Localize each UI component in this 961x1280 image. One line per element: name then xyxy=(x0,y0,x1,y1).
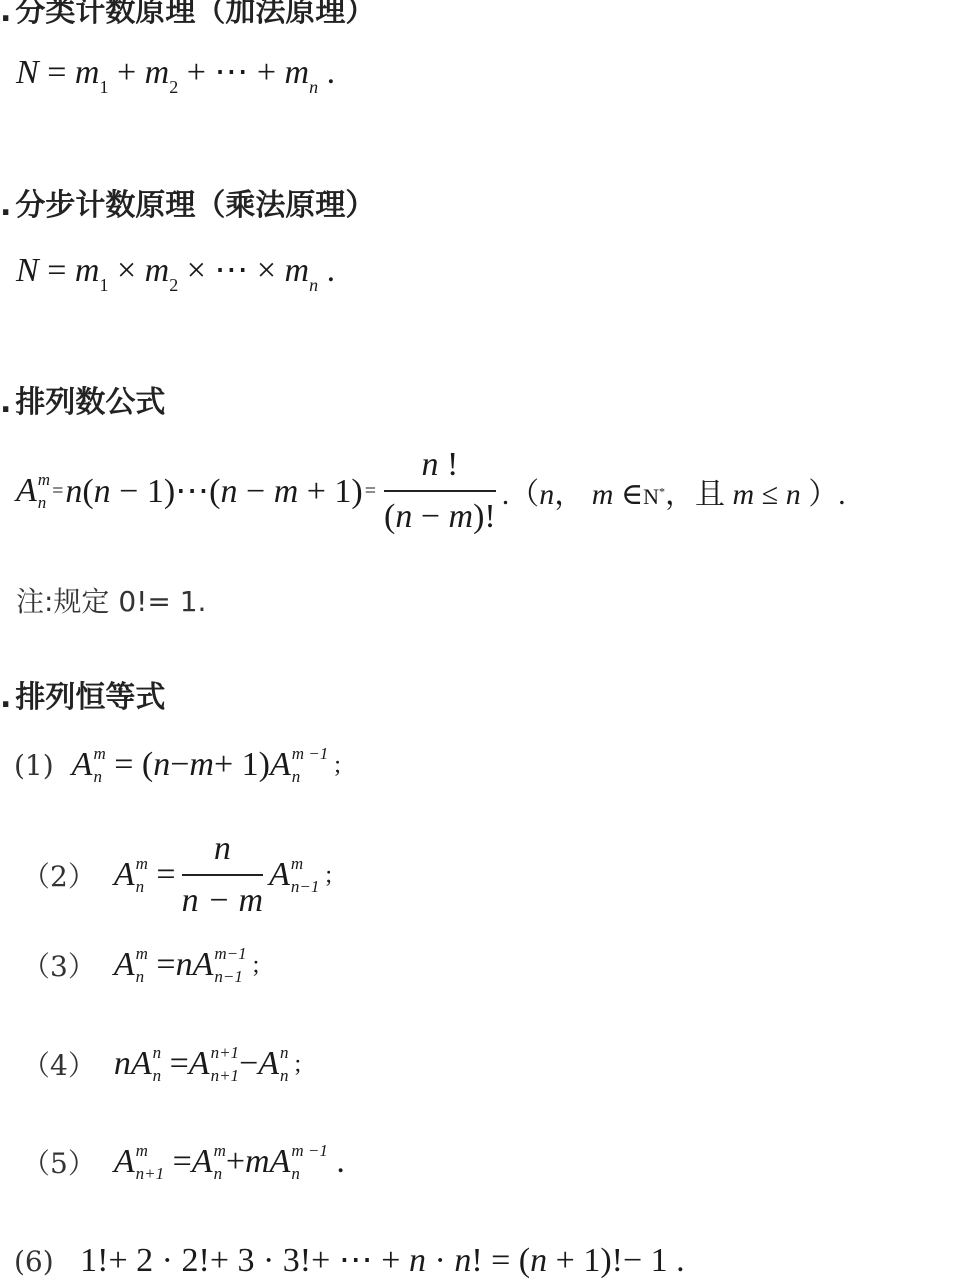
note-zero-factorial: 注:规定 0!= 1. xyxy=(16,580,206,620)
identity-4: （4） nAnn = An+1n+1 − Ann ; xyxy=(22,1044,301,1084)
fraction: n ! (n − m)! xyxy=(384,446,496,536)
numerator: n ! xyxy=(384,446,496,492)
heading-title: 分类计数原理（加法原理） xyxy=(15,0,375,29)
heading-title: 分步计数原理（乘法原理） xyxy=(15,188,375,223)
formula-addition: N = m1 + m2 + ⋯ + mn . xyxy=(16,52,335,98)
denominator: (n − m)! xyxy=(384,492,496,536)
heading-multiplication-principle: .分步计数原理（乘法原理） xyxy=(0,180,375,224)
identity-label: （3） xyxy=(22,945,96,985)
identity-label: (1) xyxy=(14,749,54,782)
formula-permutation: Amn = n(n − 1)⋯(n − m + 1) = n ! (n − m)… xyxy=(16,446,846,536)
identity-3: （3） Amn = nAm−1n−1 ; xyxy=(22,945,259,985)
heading-number: . xyxy=(0,680,11,715)
identity-label: （4） xyxy=(22,1044,96,1084)
heading-title: 排列数公式 xyxy=(15,385,165,420)
identity-1: (1) Amn = (n − m + 1)Am −1n ; xyxy=(14,745,341,785)
heading-title: 排列恒等式 xyxy=(15,680,165,715)
heading-addition-principle: .分类计数原理（加法原理） xyxy=(0,0,375,30)
heading-number: . xyxy=(0,385,11,420)
identity-label: (6) xyxy=(14,1245,54,1278)
heading-number: . xyxy=(0,188,11,223)
identity-label: （2） xyxy=(22,855,96,895)
heading-number: . xyxy=(0,0,11,29)
formula-multiplication: N = m1 × m2 × ⋯ × mn . xyxy=(16,250,335,296)
heading-permutation-identities: .排列恒等式 xyxy=(0,672,165,716)
numerator: n xyxy=(182,830,264,876)
fraction: n n − m xyxy=(182,830,264,920)
identity-5: （5） Amn+1 = Amn + mAm −1n . xyxy=(22,1142,345,1182)
identity-2: （2） Amn = n n − m Amn−1 ; xyxy=(22,830,332,920)
heading-permutation-formula: .排列数公式 xyxy=(0,377,165,421)
denominator: n − m xyxy=(182,876,264,920)
identity-label: （5） xyxy=(22,1142,96,1182)
identity-6: (6) 1!+ 2 · 2!+ 3 · 3!+ ⋯ + n · n! = (n … xyxy=(14,1240,685,1280)
